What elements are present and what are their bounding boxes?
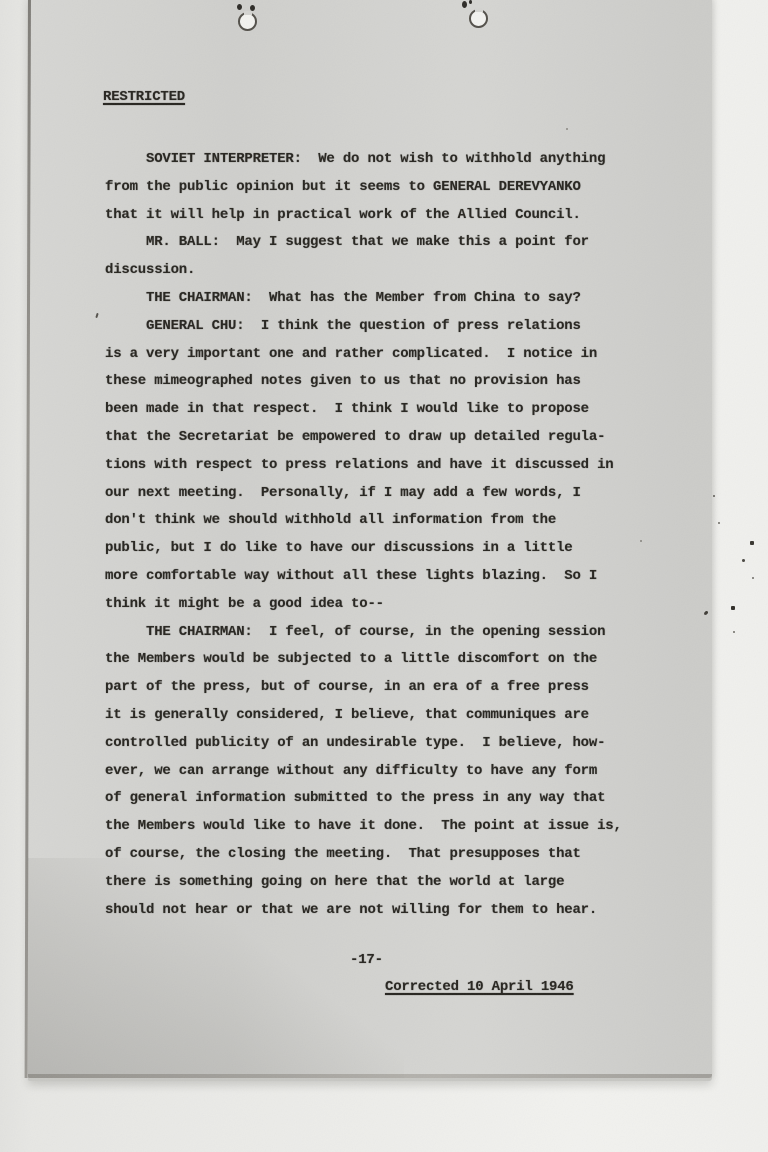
typewritten-line: of general information submitted to the … [105,785,685,813]
typewritten-line: more comfortable way without all these l… [105,563,685,591]
dust-speck [731,606,735,610]
correction-note: Corrected 10 April 1946 [385,979,574,995]
punch-hole-icon [469,9,488,28]
dust-speck [718,522,720,524]
typewritten-line: controlled publicity of an undesirable t… [105,730,685,758]
page-number: -17- [350,952,383,968]
typewritten-line: that the Secretariat be empowered to dra… [105,424,685,452]
fastener-prong-icon [250,5,255,11]
typewritten-line: THE CHAIRMAN: What has the Member from C… [105,285,685,313]
dust-speck [713,495,715,497]
typewritten-line: public, but I do like to have our discus… [105,535,685,563]
typewritten-line: SOVIET INTERPRETER: We do not wish to wi… [105,146,685,174]
typewritten-line: should not hear or that we are not willi… [105,897,685,925]
typewritten-line: there is something going on here that th… [105,869,685,897]
stray-mark [95,313,98,318]
paper-bottom-edge [28,1074,712,1078]
typewritten-lines: SOVIET INTERPRETER: We do not wish to wi… [105,146,685,924]
dust-speck [752,577,754,579]
punch-hole-gap [244,11,252,15]
typewritten-line: is a very important one and rather compl… [105,341,685,369]
scanned-document: RESTRICTED SOVIET INTERPRETER: We do not… [0,0,768,1152]
punch-hole-icon [238,12,257,31]
typewritten-line: GENERAL CHU: I think the question of pre… [105,313,685,341]
dust-speck [750,541,754,545]
typewritten-line: our next meeting. Personally, if I may a… [105,480,685,508]
paper-left-edge [25,0,31,1078]
typewritten-line: discussion. [105,257,685,285]
classification-heading: RESTRICTED [103,89,185,105]
typewritten-line: ever, we can arrange without any difficu… [105,758,685,786]
fastener-prong-icon [469,0,472,4]
typewritten-line: THE CHAIRMAN: I feel, of course, in the … [105,619,685,647]
dust-speck [733,631,735,633]
dust-speck [742,559,745,562]
typewritten-line: think it might be a good idea to-- [105,591,685,619]
dust-speck [704,612,707,615]
typewritten-line: the Members would be subjected to a litt… [105,646,685,674]
typewritten-line: tions with respect to press relations an… [105,452,685,480]
paper-sheet: RESTRICTED SOVIET INTERPRETER: We do not… [28,0,712,1078]
typewritten-line: MR. BALL: May I suggest that we make thi… [105,229,685,257]
typewritten-line: don't think we should withhold all infor… [105,507,685,535]
typewritten-line: these mimeographed notes given to us tha… [105,368,685,396]
fastener-prong-icon [237,4,242,10]
typewritten-line: it is generally considered, I believe, t… [105,702,685,730]
typewritten-line: from the public opinion but it seems to … [105,174,685,202]
typewritten-line: that it will help in practical work of t… [105,202,685,230]
fastener-prong-icon [462,1,467,8]
typewritten-line: of course, the closing the meeting. That… [105,841,685,869]
dust-speck [566,128,568,130]
typewritten-line: the Members would like to have it done. … [105,813,685,841]
punch-hole-gap [475,8,483,12]
typewritten-line: part of the press, but of course, in an … [105,674,685,702]
typewritten-line: been made in that respect. I think I wou… [105,396,685,424]
